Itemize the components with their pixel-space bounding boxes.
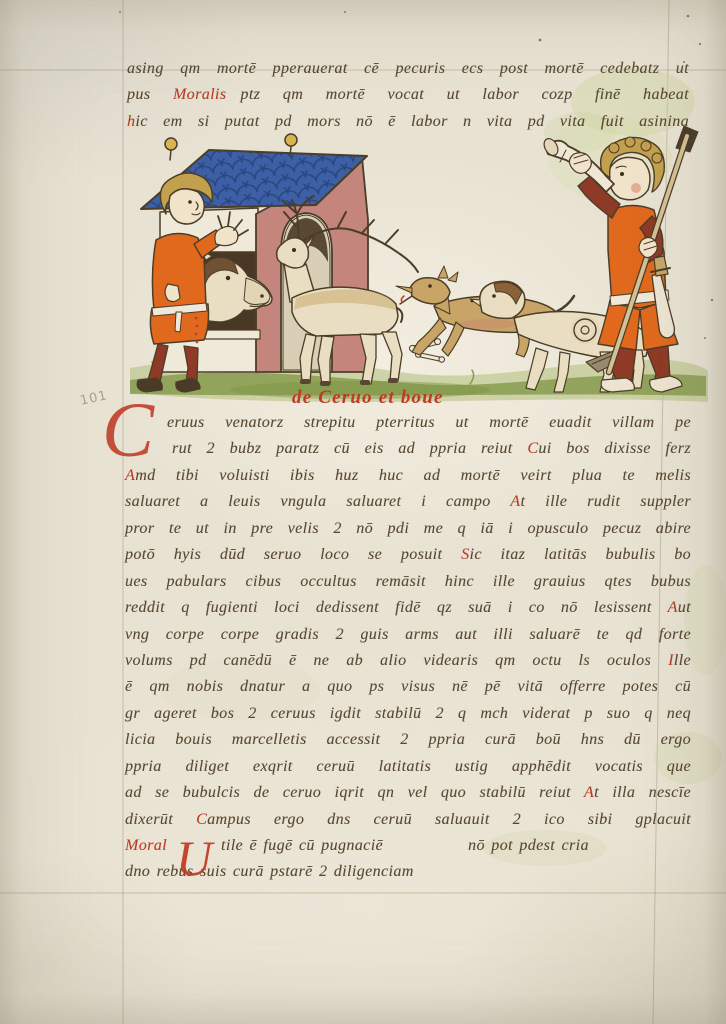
text-line: licia bouis marcelletis accessit 2 ppria… <box>125 727 691 753</box>
text-line: hic em si putat pd mors nō ē labor n vit… <box>127 109 689 135</box>
text-line: ppria diliget exqrit ceruū latitatis ust… <box>125 754 691 780</box>
initial-letter-u: U <box>176 836 212 881</box>
lead-hound <box>396 266 574 357</box>
hunter <box>541 126 698 392</box>
stable-window <box>190 252 260 339</box>
bones <box>409 338 445 363</box>
log <box>586 350 626 372</box>
text-line: rut 2 bubz paratz cū eis ad ppria reiut … <box>125 436 691 462</box>
header-text-block: asing qm mortē pperauerat cē pecuris ecs… <box>127 56 689 135</box>
text-line: ē qm nobis dnatur a quo ps visus nē pē v… <box>125 674 691 700</box>
text-line: Amd tibi voluisti ibis huz huc ad mortē … <box>125 463 691 489</box>
herdsman <box>137 173 248 392</box>
manuscript-page: 101 asing qm mortē pperauerat cē pecuris… <box>0 0 726 1024</box>
roof-finials <box>165 134 297 160</box>
text-line: ues pabulars cibus occultus remāsit hinc… <box>125 569 691 595</box>
text-line: gr ageret bos 2 ceruus igdit stabilū 2 q… <box>125 701 691 727</box>
ox-head <box>197 250 272 322</box>
tiled-roof <box>141 150 367 209</box>
text-line: volums pd canēdū ē ne ab alio videaris q… <box>125 648 691 674</box>
text-line: saluaret a leuis vngula saluaret i campo… <box>125 489 691 515</box>
chapter-rubric: de Ceruo et boue <box>292 387 522 409</box>
stag <box>277 196 418 386</box>
text-line: ad se bubulcis de ceruo iqrit qn vel quo… <box>125 780 691 806</box>
text-line: eruus venatorz strepitu pterritus ut mor… <box>125 410 691 436</box>
text-line: pror te ut in pre velis 2 nō pdi me q iā… <box>125 516 691 542</box>
text-line: potō hyis dūd seruo loco se posuit Sic i… <box>125 542 691 568</box>
second-hound <box>470 281 650 392</box>
dagger <box>651 256 674 338</box>
hunting-horn <box>541 136 614 192</box>
text-line: reddit q fugienti loci dedissent fidē qz… <box>125 595 691 621</box>
text-line: vng corpe corpe gradis 2 guis arms aut i… <box>125 622 691 648</box>
stable-building <box>141 134 368 372</box>
stable-gable-arch <box>256 157 368 372</box>
body-text-block: eruus venatorz strepitu pterritus ut mor… <box>125 410 691 886</box>
spear <box>609 126 698 372</box>
text-line: pus Moralisptz qm mortē vocat ut labor c… <box>127 82 689 108</box>
text-line: asing qm mortē pperauerat cē pecuris ecs… <box>127 56 689 82</box>
